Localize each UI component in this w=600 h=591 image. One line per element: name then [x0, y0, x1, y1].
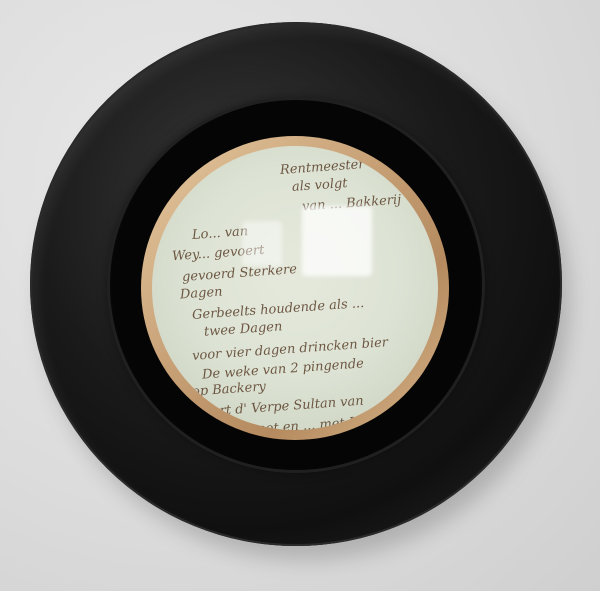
manuscript-line: twee Dagen [203, 317, 283, 342]
convex-glass-window: Rentmeesterals volgtvan ... BakkerijLo..… [152, 146, 438, 430]
window-reflection [242, 221, 282, 266]
manuscript-line: Dagen [179, 283, 223, 306]
window-reflection [302, 206, 372, 276]
handwritten-manuscript: Rentmeesterals volgtvan ... BakkerijLo..… [152, 146, 438, 430]
